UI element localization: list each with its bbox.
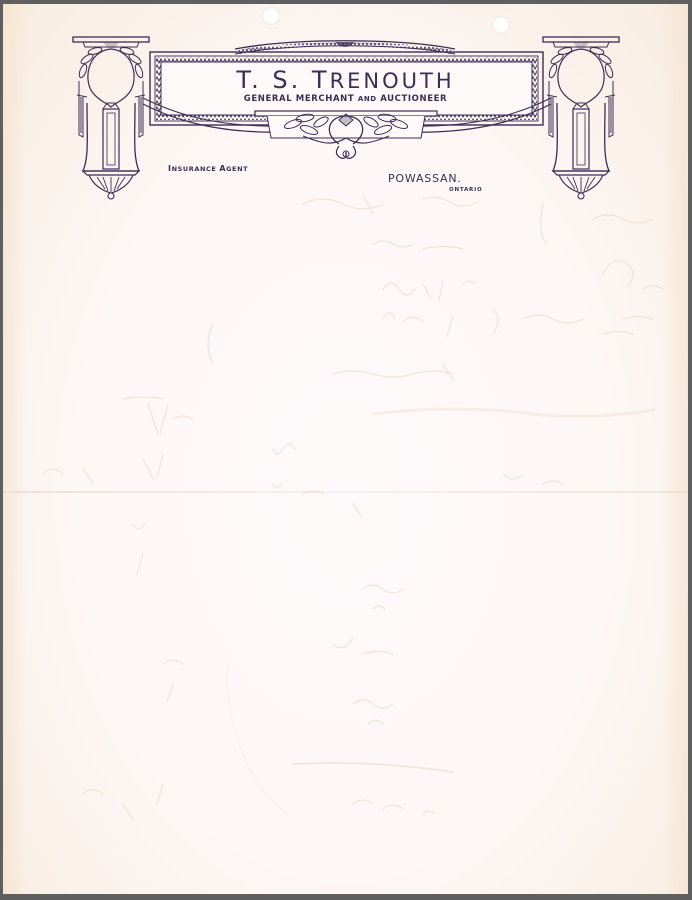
business-name-rest: RENOUTH [330, 69, 455, 93]
right-column-icon [543, 37, 619, 199]
agent-text: NSURANCE [172, 165, 220, 173]
letter-page: T. S. TRENOUTH GENERAL MERCHANT AND AUCT… [3, 4, 688, 894]
scan-frame: T. S. TRENOUTH GENERAL MERCHANT AND AUCT… [0, 0, 692, 900]
letterhead-ornament [3, 4, 688, 204]
left-column-icon [73, 37, 149, 199]
province-name: ONTARIO [449, 187, 482, 193]
fold-line [3, 491, 688, 493]
subtitle-part: GENERAL MERCHANT [244, 94, 358, 104]
town-name: POWASSAN. [388, 172, 462, 185]
business-description: GENERAL MERCHANT AND AUCTIONEER [3, 94, 688, 104]
insurance-agent-label: INSURANCE AGENT [168, 164, 248, 173]
letterhead: T. S. TRENOUTH GENERAL MERCHANT AND AUCT… [3, 4, 688, 204]
subtitle-connector: AND [358, 95, 377, 103]
business-name: T. S. TRENOUTH [3, 66, 688, 94]
agent-text: GENT [226, 165, 248, 173]
business-name-initials: T. S. T [236, 66, 329, 94]
subtitle-part: AUCTIONEER [377, 94, 447, 104]
